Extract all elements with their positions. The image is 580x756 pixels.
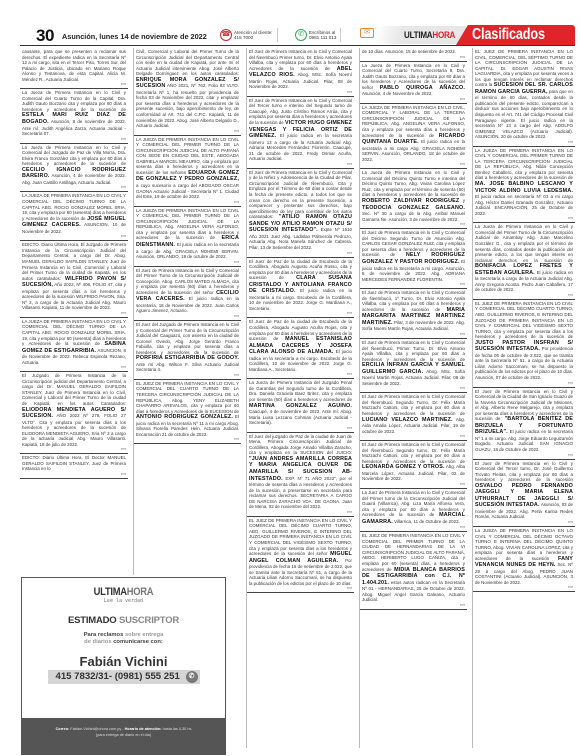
legal-notice: Civil, Comercial y Laboral del Primer Tu… <box>134 48 241 136</box>
tagline: Leé la verdad <box>22 598 225 604</box>
contact-customer-service: ☎ Atención al cliente:415 7000 <box>220 28 278 42</box>
legal-notice: El Juez de Primera Instancia en lo Civil… <box>247 48 354 97</box>
notice-text: a cuyo sucesorio a cargo del ABOGADO OSC… <box>136 183 239 199</box>
divider <box>277 28 278 42</box>
column-4: de 10 días. Asunción, 15 de setiembre de… <box>359 48 467 748</box>
legal-notice: El Juez de Primera Instancia en lo Civil… <box>360 229 467 289</box>
notice-text: de 10 días. Asunción, 15 de setiembre de… <box>362 49 456 54</box>
notice-code: ▪▪▪▪ <box>475 216 573 220</box>
legal-notice: La Jueza de Primera Instancia en lo Civi… <box>473 223 575 300</box>
notice-deceased-name: MA. JOSE BALBINO LESCANO Y VICTOR ALDINO… <box>475 181 573 194</box>
notice-text: El Juez de Primera Instancia en lo Civil… <box>475 461 573 483</box>
notice-deceased-name: ROBERTO ZALDIVAR RODRIGUEZ <box>362 198 459 204</box>
legal-notice: LA JUEZA DE PRIMERA INSTANCIA EN LO CIVI… <box>134 136 241 207</box>
page-number: 30 <box>36 26 54 46</box>
notice-text: El Juez del juzgado de Paz de la ciudad … <box>249 434 352 456</box>
notice-code: ▪▪▪▪ <box>249 251 352 255</box>
legal-notice: EL JUEZ DE PRIMERA INSTANCIA EN LO CIVIL… <box>247 517 354 594</box>
notice-deceased-name: PABLO QUIROGA AÑAZCO. <box>380 85 465 91</box>
notice-code: ▪▪▪▪ <box>475 453 573 457</box>
legal-notice: EL JUEZ DE PRIMERA INSTANCIA EN LO CIVIL… <box>473 48 575 147</box>
notice-text: Villarrica, 11 de Octubre de 2022. <box>394 519 460 524</box>
notice-text: El Juez de Primera Instancia en lo Civil… <box>362 394 465 416</box>
legal-notice: EDICTO. Diario Última Hora, El Juzgado d… <box>20 241 128 318</box>
whatsapp-icon: ✆ <box>295 29 307 41</box>
notice-code: ▪▪▪▪ <box>22 234 126 238</box>
notice-code: ▪▪▪▪ <box>362 222 465 226</box>
notice-code: ▪▪▪▪ <box>475 293 573 297</box>
notice-text: AÑO 2021, Nº 762, Folio 83 VLTO. Secreta… <box>136 83 239 128</box>
mail-icon: ✉ <box>360 28 374 38</box>
notice-text: EDICTO: Diario Última Hora. El Doctor MA… <box>22 455 126 471</box>
notice-code: ▪▪▪▪ <box>136 373 239 377</box>
subscriber-ad: ULTIMAHORA Leé la verdad ESTIMADO SUSCRI… <box>21 577 226 755</box>
legal-notice: La Jueza de Primera Instancia del Juzgad… <box>247 379 354 432</box>
notice-code: ▪▪▪▪ <box>362 482 465 486</box>
legal-notice: La Jueza de Primera Instancia en lo Civi… <box>360 169 467 229</box>
notice-code: ▪▪▪▪ <box>22 137 126 141</box>
notice-code: ▪▪▪▪ <box>249 426 352 430</box>
notice-code: ▪▪▪▪ <box>362 55 465 59</box>
notice-code: ▪▪▪▪ <box>249 90 352 94</box>
legal-notice: LA JUEZA DE PRIMERA INSTANCIA EN LO CIVI… <box>20 192 128 241</box>
notice-code: ▪▪▪▪ <box>249 586 352 590</box>
legal-notice: EDICTO: Diario Última Hora. El Doctor MA… <box>20 454 128 479</box>
notice-code: ▪▪▪▪ <box>22 185 126 189</box>
notice-code: ▪▪▪▪ <box>249 311 352 315</box>
legal-notice: LA JUEZA DE PRIMERA INSTANCIA EN LO CIVI… <box>473 147 575 224</box>
notice-code: ▪▪▪▪ <box>136 260 239 264</box>
notice-text: La Jueza de Primera Instancia en lo Civi… <box>362 170 465 197</box>
legal-notice: EL JUEZ DE PRIMERA INSTANCIA EN LO CIVIL… <box>360 532 467 610</box>
notice-code: ▪▪▪▪ <box>136 200 239 204</box>
notice-code: ▪▪▪▪ <box>362 162 465 166</box>
legal-notice: El Juez de Primera Instancia en lo Civil… <box>247 169 354 258</box>
notice-text: Ante mí Abg. Wilson F. Silva Actuario Ju… <box>136 362 239 373</box>
notice-code: ▪▪▪▪ <box>22 82 126 86</box>
notice-text: LA JUEZA DE PRIMERA INSTANCIA EN LO CIVI… <box>475 148 573 181</box>
notice-code: ▪▪▪▪ <box>136 129 239 133</box>
notice-code: ▪▪▪▪ <box>136 437 239 441</box>
notice-text: El Juez de Primera Instancia en lo Civil… <box>249 170 352 219</box>
section-title: Clasificados <box>472 26 545 44</box>
legal-notice: de 10 días. Asunción, 15 de setiembre de… <box>360 48 467 62</box>
legal-notice: EL JUEZ DE PRIMERA INSTANCIA EN LO CIVIL… <box>134 380 241 444</box>
notice-text: El juicio radica en secretaría Nº 03 a m… <box>475 194 573 216</box>
legal-notice: El Juez de Primera Instancia en lo Civil… <box>360 393 467 441</box>
notice-text: Sec. Nº 30 a cargo de la Abg. Aníbal Man… <box>362 211 465 222</box>
notice-text: causante, para que se presenten a reclam… <box>22 49 126 82</box>
notice-code: ▪▪▪▪ <box>362 434 465 438</box>
column-1: causante, para que se presenten a reclam… <box>20 48 128 575</box>
legal-notice: causante, para que se presenten a reclam… <box>20 48 128 89</box>
notice-code: ▪▪▪▪ <box>136 314 239 318</box>
header-rule <box>20 45 575 46</box>
notice-code: ▪▪▪▪ <box>362 282 465 286</box>
column-3: El Juez de Primera Instancia en lo Civil… <box>246 48 354 748</box>
legal-notice: La Jueza de Primera Instancia en lo Civi… <box>360 62 467 104</box>
notice-deceased-name: LEONARDA GOMEZ Y OTROS. <box>362 464 445 470</box>
notice-code: ▪▪▪▪ <box>22 447 126 451</box>
legal-notice: LA JUEZA DE PRIMERA INSTANCIA EN LO CIVI… <box>360 104 467 169</box>
notice-deceased-name: TEODOCIA GONZALEZ GALEANO. <box>362 205 465 211</box>
legal-notice: La Juez de Primera Instancia en lo Civil… <box>360 489 467 532</box>
notice-code: ▪▪▪▪ <box>249 372 352 376</box>
column-5: EL JUEZ DE PRIMERA INSTANCIA EN LO CIVIL… <box>472 48 575 748</box>
notice-text: Asunción, 4 de Noviembre de 2022. <box>362 91 433 96</box>
notice-code: ▪▪▪▪ <box>475 520 573 524</box>
legal-notice: EL JUEZ DE PRIMERA INSTANCIA EN LO CIVIL… <box>473 300 575 388</box>
notice-code: ▪▪▪▪ <box>22 472 126 476</box>
legal-notice: El Juez de Primera Instancia en lo Civil… <box>473 460 575 527</box>
legal-notice: El Juzgado de Primera Instancia de la Ci… <box>20 372 128 454</box>
notice-code: ▪▪▪▪ <box>362 97 465 101</box>
legal-notice: LA JUEZA DE PRIMERA INSTANCIA EN LO CIVI… <box>20 318 128 372</box>
legal-notice: La JUEZA DE PRIMERA INSTANCIA EN LO CIVI… <box>473 527 575 592</box>
notice-code: ▪▪▪▪ <box>475 140 573 144</box>
page-header: 30 Asunción, lunes 14 de noviembre de 20… <box>20 27 575 45</box>
legal-notice: La Jueza de Primera Instancia en lo Civi… <box>20 144 128 193</box>
notice-text: La Jueza de Primera Instancia del Juzgad… <box>249 380 352 402</box>
legal-notice: El Juez de Primera Instancia en lo Civil… <box>360 289 467 339</box>
notice-text: El Juez de Primera Instancia en lo Civil… <box>362 442 465 464</box>
legal-notice: El Juez de Primera Instancia en lo Civil… <box>473 388 575 460</box>
notice-code: ▪▪▪▪ <box>249 510 352 514</box>
notice-deceased-name: ANTONIO RODRIGUEZ GONZALEZ. <box>136 414 233 420</box>
subscriber-instructions: Para reclamos sobre entrega de diarios c… <box>22 632 225 646</box>
subscriber-footer: Correo: Fabian-Vichini@uhora.com.py - Ho… <box>22 718 225 754</box>
notice-text: La Jueza de Primera Instancia en lo Civi… <box>22 90 126 112</box>
notice-code: ▪▪▪▪ <box>362 386 465 390</box>
notice-code: ▪▪▪▪ <box>475 381 573 385</box>
notice-text: El Juez de Primera Instancia en lo Civil… <box>362 340 465 362</box>
notice-text: EL JUEZ DE PRIMERA INSTANCIA EN LO CIVIL… <box>475 301 573 339</box>
subscriber-logo: ULTIMAHORA <box>37 586 210 598</box>
divider <box>340 28 341 42</box>
notice-code: ▪▪▪▪ <box>249 162 352 166</box>
legal-notice: El Juez de Primera Instancia en lo Civil… <box>134 267 241 321</box>
notice-code: ▪▪▪▪ <box>22 365 126 369</box>
notice-deceased-name: LUCIANO VELAZCO MARTINEZ. <box>362 417 453 423</box>
notice-text: Civil, Comercial y Laboral del Primer Tu… <box>136 49 239 76</box>
notice-text: y <box>463 198 465 203</box>
notice-code: ▪▪▪▪ <box>362 525 465 529</box>
legal-notice: La Jueza de Primera Instancia en lo Civi… <box>20 89 128 143</box>
phone-icon: ☎ <box>220 29 232 41</box>
publication-date: Asunción, lunes 14 de noviembre de 2022 <box>62 32 207 41</box>
legal-notice: El Juez de Primera Instancia en lo Civil… <box>360 339 467 393</box>
legal-notice: El Juez de Primera Instancia en lo Civil… <box>247 97 354 169</box>
notice-deceased-name: MARTINA GONZALEZ AGUINO. <box>249 403 352 409</box>
notice-text: para que en el término de 60 días, conta… <box>475 89 573 139</box>
legal-notice: El Juez de Primera Instancia en lo Civil… <box>360 441 467 489</box>
contact-name: Fabián Vichini <box>22 654 225 669</box>
notice-code: ▪▪▪▪ <box>475 585 573 589</box>
notice-code: ▪▪▪▪ <box>22 311 126 315</box>
notice-code: ▪▪▪▪ <box>362 332 465 336</box>
legal-notice: El Juez de Paz de la ciudad de Escobedo … <box>247 318 354 379</box>
notice-text: El Juzgado de Primera Instancia de la Ci… <box>22 373 126 406</box>
notice-deceased-name: PORFIRIA ESTIGARRIBIA DE GODOY. <box>136 355 239 361</box>
legal-notice: LA JUEZA DE PRIMERA INSTANCIA EN LO CIVI… <box>134 207 241 267</box>
notice-text: La Jueza de Primera Instancia en lo Civi… <box>22 145 126 167</box>
whatsapp-icon: ✆ <box>186 671 198 683</box>
contact-phone: 415 7832/31- (0981) 555 251 ✆ <box>48 670 200 684</box>
notice-code: ▪▪▪▪ <box>362 603 465 607</box>
legal-notice: El Juez de Paz de la ciudad de Escobedo … <box>247 258 354 319</box>
legal-notice: El Juez del Juzgado de Primera Instancia… <box>134 321 241 380</box>
notice-text: El Juez del Juzgado de Primera Instancia… <box>136 322 239 355</box>
column-2: Civil, Comercial y Laboral del Primer Tu… <box>133 48 241 575</box>
contact-whatsapp: ✆ Escríbinos al0981 111 013 <box>295 28 341 42</box>
brand-logo: ULTIMAHORA <box>404 30 455 41</box>
notice-text: Caacupé, 4 de noviembre de 2022. Ante mí… <box>249 409 352 425</box>
notice-text: La Jueza de Primera Instancia en lo Civi… <box>475 224 573 262</box>
subscriber-title: ESTIMADO SUSCRIPTOR <box>22 615 225 626</box>
legal-notice: El Juez del juzgado de Paz de la ciudad … <box>247 433 354 517</box>
notice-text: EL JUEZ DE PRIMERA INSTANCIA EN LO CIVIL… <box>136 381 239 414</box>
